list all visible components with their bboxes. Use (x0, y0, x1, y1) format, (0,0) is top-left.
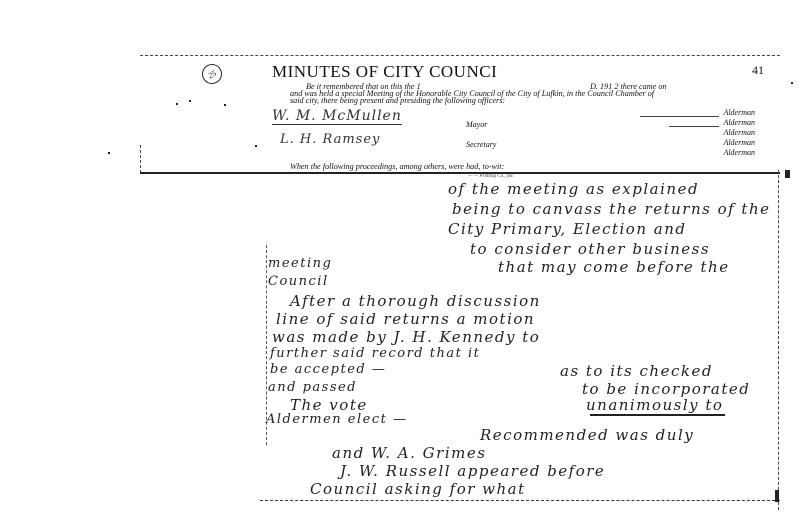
printer-imprint: — — Printing Co., Inc. (468, 174, 515, 179)
handwritten-line: Council asking for what (310, 480, 526, 498)
scanned-minutes-page: 25 MINUTES OF CITY COUNCI 41 Be it remem… (0, 0, 800, 518)
mayor-signature: W. M. McMullen (272, 108, 402, 125)
alderman-row: Alderman (640, 107, 755, 117)
handwritten-line: being to canvass the returns of the (452, 200, 771, 218)
strikethrough-line (590, 414, 725, 416)
page-stamp: 25 (198, 60, 225, 87)
alderman-row: Alderman (640, 147, 755, 157)
right-margin-rule (778, 170, 779, 510)
handwritten-line: line of said returns a motion (276, 310, 535, 328)
alderman-label: Alderman (723, 118, 755, 127)
bottom-border-rule (260, 500, 780, 501)
scan-noise (108, 152, 110, 154)
header-separator-rule (140, 172, 780, 174)
alderman-row: Alderman (640, 127, 755, 137)
alderman-label: Alderman (723, 148, 755, 157)
page-number: 41 (752, 63, 764, 78)
scan-noise (224, 104, 226, 106)
handwritten-line: Council (268, 274, 329, 289)
stamp-text: 25 (206, 68, 217, 80)
header-line-3: said city, there being present and presi… (290, 96, 505, 105)
scan-noise (785, 170, 790, 178)
alderman-label: Alderman (723, 108, 755, 117)
handwritten-line: and passed (268, 380, 357, 395)
alderman-row: Alderman (640, 137, 755, 147)
handwritten-line: J. W. Russell appeared before (340, 462, 605, 480)
scan-noise (189, 100, 191, 102)
alderman-row: Alderman (640, 117, 755, 127)
scan-noise (775, 490, 779, 502)
secretary-signature: L. H. Ramsey (280, 132, 380, 147)
alderman-label: Alderman (723, 138, 755, 147)
handwritten-line: Recommended was duly (480, 426, 694, 444)
document-title: MINUTES OF CITY COUNCI (272, 62, 497, 82)
handwritten-line: Aldermen elect — (266, 412, 407, 427)
handwritten-line: of the meeting as explained (448, 180, 699, 198)
mayor-label: Mayor (466, 120, 487, 129)
handwritten-line: meeting (268, 256, 332, 271)
left-bracket-rule (140, 145, 141, 173)
handwritten-line: was made by J. H. Kennedy to (272, 328, 540, 346)
secretary-label: Secretary (466, 140, 496, 149)
aldermen-list: Alderman Alderman Alderman Alderman Alde… (640, 107, 755, 157)
alderman-label: Alderman (723, 128, 755, 137)
top-border-rule (140, 55, 780, 56)
handwritten-line: City Primary, Election and (448, 220, 686, 238)
handwritten-line: unanimously to (586, 396, 723, 414)
scan-noise (255, 145, 257, 147)
handwritten-line: to consider other business (470, 240, 710, 258)
proceedings-intro: When the following proceedings, among ot… (290, 162, 504, 171)
handwritten-line: be accepted — (270, 362, 386, 377)
scan-noise (176, 103, 178, 105)
handwritten-line: further said record that it (270, 346, 480, 361)
handwritten-line: After a thorough discussion (290, 292, 541, 310)
handwritten-line: and W. A. Grimes (332, 444, 486, 462)
handwritten-line: as to its checked (560, 362, 713, 380)
handwritten-line: that may come before the (498, 258, 730, 276)
scan-noise (791, 82, 793, 84)
